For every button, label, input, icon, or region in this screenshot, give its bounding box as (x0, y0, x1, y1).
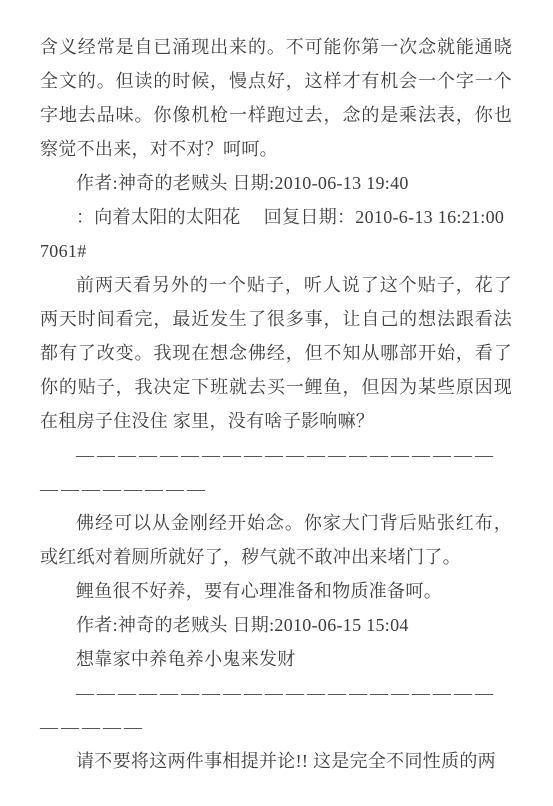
paragraph: 佛经可以从金刚经开始念。你家大门背后贴张红布，或红纸对着厕所就好了，秽气就不敢冲… (40, 506, 512, 574)
separator-dashes: ———————————————————————————— (40, 438, 512, 506)
text-column: 含义经常是自已涌现出来的。不可能你第一次念就能通晓全文的。但读的时候，慢点好，这… (40, 30, 512, 778)
paragraph: 想靠家中养龟养小鬼来发财 (40, 642, 512, 676)
paragraph: 前两天看另外的一个贴子，听人说了这个贴子，花了两天时间看完，最近发生了很多事，让… (40, 268, 512, 438)
paragraph: 作者:神奇的老贼头 日期:2010-06-15 15:04 (40, 608, 512, 642)
paragraph: 7061# (40, 234, 512, 268)
document-page: 含义经常是自已涌现出来的。不可能你第一次念就能通晓全文的。但读的时候，慢点好，这… (0, 0, 553, 806)
paragraph: 鲤鱼很不好养，要有心理准备和物质准备呵。 (40, 574, 512, 608)
paragraph: 请不要将这两件事相提并论!! 这是完全不同性质的两 (40, 744, 512, 778)
separator-dashes: ————————————————————————— (40, 676, 512, 744)
paragraph: ：向着太阳的太阳花 回复日期：2010-6-13 16:21:00 (40, 200, 512, 234)
paragraph: 作者:神奇的老贼头 日期:2010-06-13 19:40 (40, 166, 512, 200)
paragraph: 含义经常是自已涌现出来的。不可能你第一次念就能通晓全文的。但读的时候，慢点好，这… (40, 30, 512, 166)
